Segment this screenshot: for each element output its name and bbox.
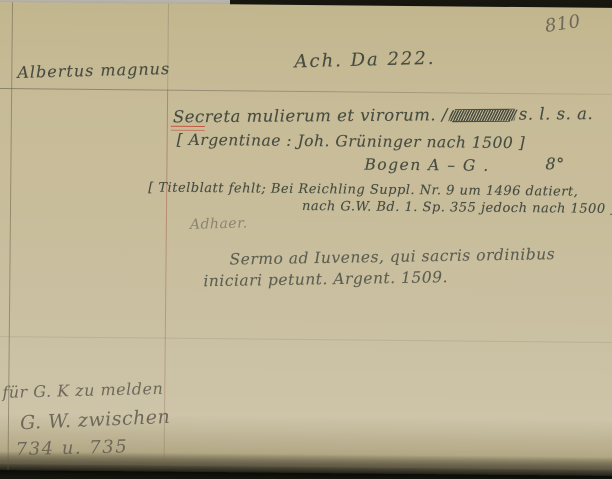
author-heading: Albertus magnus [17, 59, 170, 82]
title-suffix: s. l. s. a. [519, 104, 593, 124]
imprint-line: [ Argentinae : Joh. Grüninger nach 1500 … [177, 131, 526, 152]
crossed-out-imprint [448, 110, 517, 122]
page-number: 810 [543, 11, 582, 37]
note-line-2: nach G.W. Bd. 1. Sp. 355 jedoch nach 150… [302, 199, 612, 217]
catalog-card: 810 Ach. Da 222. Albertus magnus Secreta… [0, 2, 612, 476]
bottom-note-3: 734 u. 735 [15, 436, 128, 460]
shelfmark: Ach. Da 222. [294, 48, 436, 73]
title-text: Secreta mulierum et virorum. [173, 105, 436, 126]
title-line: Secreta mulierum et virorum. /s. l. s. a… [173, 104, 593, 126]
collation-format: 8° [545, 154, 564, 173]
bottom-note-1: für G. K zu melden [2, 379, 163, 402]
title-separator: / [442, 105, 448, 124]
scanned-catalog-card: 810 Ach. Da 222. Albertus magnus Secreta… [0, 0, 612, 479]
middle-rule-line [0, 336, 612, 343]
bound-with-line-2: iniciari petunt. Argent. 1509. [203, 268, 448, 290]
note-line-1: [ Titelblatt fehlt; Bei Reichling Suppl.… [148, 180, 578, 199]
pencil-note-adhaer: Adhaer. [190, 215, 248, 232]
collation-bogen: Bogen A – G . [364, 156, 489, 175]
bottom-note-2: G. W. zwischen [20, 406, 171, 434]
bound-with-line-1: Sermo ad Iuvenes, qui sacris ordinibus [229, 245, 555, 268]
header-rule-line [0, 88, 612, 95]
